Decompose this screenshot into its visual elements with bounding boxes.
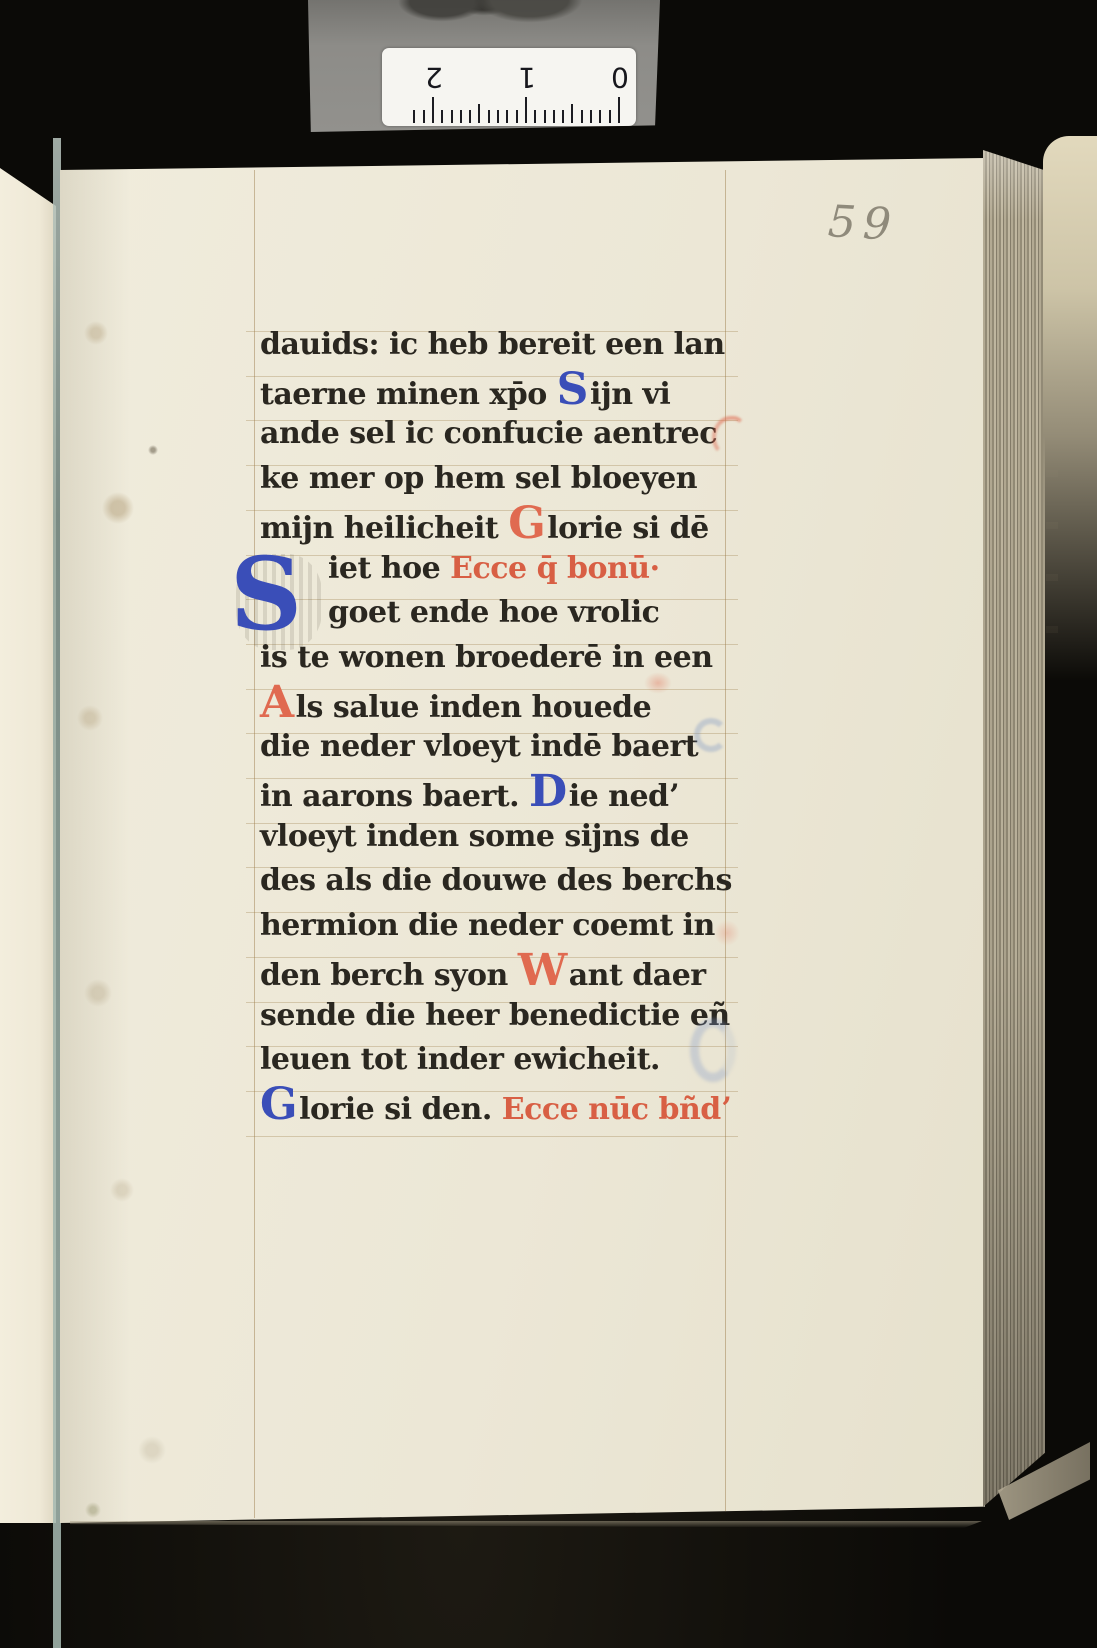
color-reference-card: 012 bbox=[308, 0, 660, 132]
manuscript-line: in aarons baert. Die nedʼ bbox=[260, 769, 678, 814]
initial-letter: A bbox=[260, 677, 294, 728]
body-text: den berch syon bbox=[260, 958, 518, 993]
body-text: iet hoe bbox=[328, 551, 450, 586]
body-text: goet ende hoe vrolic bbox=[328, 595, 659, 630]
manuscript-line: Glorie si den. Ecce nūc bñdʼ bbox=[260, 1082, 731, 1127]
body-text: is te wonen broederē in een bbox=[260, 640, 713, 675]
manuscript-line: ke mer op hem sel bloeyen bbox=[260, 456, 697, 501]
body-text: ijn vi bbox=[590, 377, 670, 412]
ruler-tick bbox=[534, 110, 536, 123]
body-text: dauids: ic heb bereit een lan bbox=[260, 327, 725, 362]
photo-background: 012 59 S dauids: ic heb bereit een lanta… bbox=[0, 0, 1097, 1648]
ruler-tick bbox=[441, 110, 443, 123]
ruler-tick bbox=[488, 110, 490, 123]
text-block: S dauids: ic heb bereit een lantaerne mi… bbox=[260, 322, 744, 1152]
rubric-text: Ecce q̄ bonū· bbox=[450, 551, 659, 586]
ruler-tick bbox=[469, 110, 471, 123]
manuscript-photo: { "ruler": { "labels": ["0", "1", "2"], … bbox=[0, 0, 1097, 1648]
body-text: ke mer op hem sel bloeyen bbox=[260, 461, 697, 496]
ruler-ticks bbox=[382, 96, 636, 126]
page-bottom-edge bbox=[70, 1521, 982, 1528]
ruler-tick bbox=[413, 110, 415, 123]
body-text: taerne minen xp̄o bbox=[260, 377, 557, 412]
ruler-tick bbox=[544, 110, 546, 123]
initial-letter: G bbox=[260, 1079, 297, 1130]
ruler-tick bbox=[609, 110, 611, 123]
ruler-tick bbox=[451, 110, 453, 123]
ruler-tick bbox=[553, 110, 555, 123]
manuscript-line: die neder vloeyt indē baert bbox=[260, 724, 698, 769]
ruler-label: 0 bbox=[609, 61, 631, 94]
manuscript-line: dauids: ic heb bereit een lan bbox=[260, 322, 725, 367]
manuscript-line: is te wonen broederē in een bbox=[260, 635, 713, 680]
ruler-tick bbox=[590, 110, 592, 123]
ruler-tick bbox=[423, 110, 425, 123]
initial-letter: D bbox=[529, 766, 567, 817]
ruler-tick bbox=[572, 104, 574, 123]
manuscript-line: den berch syon Want daer bbox=[260, 948, 706, 993]
manuscript-line: goet ende hoe vrolic bbox=[328, 590, 659, 635]
initial-letter: W bbox=[518, 945, 567, 996]
manuscript-line: des als die douwe des berchs bbox=[260, 858, 732, 903]
ruler-tick bbox=[497, 110, 499, 123]
ruler-tick bbox=[516, 110, 518, 123]
ruler-labels: 012 bbox=[382, 56, 636, 96]
red-pen-trial bbox=[712, 416, 746, 456]
manuscript-line: sende die heer benedictie eñ bbox=[260, 993, 730, 1038]
blue-guide-letter bbox=[694, 718, 728, 752]
body-text: leuen tot inder ewicheit. bbox=[260, 1042, 660, 1077]
glass-plate-edge bbox=[53, 138, 61, 1648]
blue-guide-letter-2 bbox=[690, 1018, 736, 1082]
body-text: des als die douwe des berchs bbox=[260, 863, 732, 898]
ruler-tick bbox=[432, 97, 434, 123]
body-text: die neder vloeyt indē baert bbox=[260, 729, 698, 764]
body-text: vloeyt inden some sijns de bbox=[260, 819, 689, 854]
rubric-text: Ecce nūc bñdʼ bbox=[502, 1092, 731, 1127]
manuscript-line: hermion die neder coemt in bbox=[260, 903, 715, 948]
manuscript-line: vloeyt inden some sijns de bbox=[260, 814, 689, 859]
body-text: ls salue inden houede bbox=[296, 690, 652, 725]
ruler-tick bbox=[506, 110, 508, 123]
manuscript-line: iet hoe Ecce q̄ bonū· bbox=[328, 546, 660, 591]
body-text: ande sel ic confucie aentrec bbox=[260, 416, 717, 451]
body-text: sende die heer benedictie eñ bbox=[260, 998, 730, 1033]
body-text: in aarons baert. bbox=[260, 779, 529, 814]
fore-edge-page-stack bbox=[983, 150, 1045, 1507]
initial-letter: S bbox=[557, 364, 588, 415]
ruler-tick bbox=[599, 110, 601, 123]
ruler-label: 1 bbox=[516, 61, 538, 94]
initial-letter: G bbox=[508, 498, 545, 549]
ruler-tick bbox=[581, 110, 583, 123]
ruler-label: 2 bbox=[423, 61, 445, 94]
red-offset-2 bbox=[714, 920, 740, 946]
manuscript-line: leuen tot inder ewicheit. bbox=[260, 1037, 660, 1082]
body-text: lorie si dē bbox=[547, 511, 708, 546]
body-text: hermion die neder coemt in bbox=[260, 908, 715, 943]
body-text: mijn heilicheit bbox=[260, 511, 508, 546]
ruler-tick bbox=[525, 97, 527, 123]
folio-number: 59 bbox=[827, 196, 900, 251]
body-text: ant daer bbox=[569, 958, 706, 993]
ruler-tick bbox=[460, 110, 462, 123]
facing-page-sliver bbox=[0, 148, 56, 1523]
ruler-tick bbox=[562, 110, 564, 123]
manuscript-line: ande sel ic confucie aentrec bbox=[260, 411, 717, 456]
manuscript-line: Als salue inden houede bbox=[260, 680, 651, 725]
ruler-tick bbox=[479, 104, 481, 123]
back-cover-edge bbox=[1043, 136, 1097, 681]
manuscript-page: 59 S dauids: ic heb bereit een lantaerne… bbox=[60, 158, 985, 1523]
cm-ruler-sticker: 012 bbox=[382, 48, 636, 126]
manuscript-line: mijn heilicheit Glorie si dē bbox=[260, 501, 709, 546]
ruler-tick bbox=[618, 97, 620, 123]
manuscript-line: taerne minen xp̄o Sijn vi bbox=[260, 367, 670, 412]
body-text: lorie si den. bbox=[299, 1092, 502, 1127]
red-offset bbox=[644, 672, 672, 694]
body-text: ie nedʼ bbox=[569, 779, 679, 814]
